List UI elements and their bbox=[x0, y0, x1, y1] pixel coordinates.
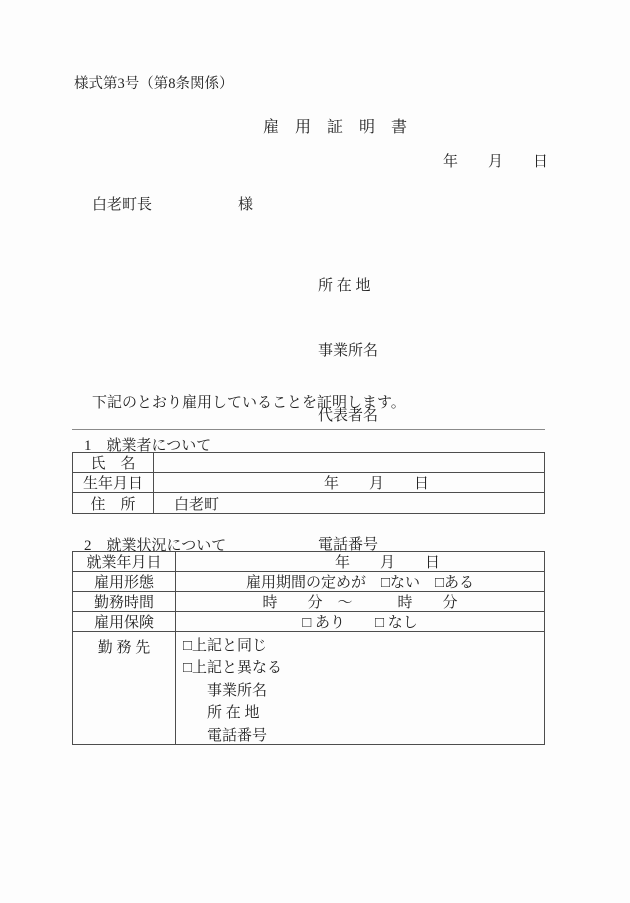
workplace-option-different-checkbox[interactable]: □上記と異なる bbox=[183, 657, 544, 679]
workplace-address-label[interactable]: 所 在 地 bbox=[183, 702, 544, 724]
workplace-row: 勤 務 先 □上記と同じ □上記と異なる 事業所名 所 在 地 電話番号 bbox=[73, 632, 544, 744]
workplace-label-cell: 勤 務 先 bbox=[73, 632, 176, 744]
date-line: 年 月 日 bbox=[443, 150, 548, 171]
work-hours-value-cell[interactable]: 時 分 ～ 時 分 bbox=[176, 592, 544, 611]
insurance-options-cell[interactable]: □ あり □ なし bbox=[176, 612, 544, 631]
form-number-label: 様式第3号（第8条関係） bbox=[74, 72, 234, 93]
birth-date-row: 生年月日 年 月 日 bbox=[73, 473, 544, 493]
workplace-options-cell: □上記と同じ □上記と異なる 事業所名 所 在 地 電話番号 bbox=[176, 632, 544, 744]
workplace-phone-label[interactable]: 電話番号 bbox=[183, 725, 544, 747]
addressee-honorific: 様 bbox=[238, 197, 253, 213]
birth-date-value-cell[interactable]: 年 月 日 bbox=[154, 473, 544, 492]
address-value-cell[interactable]: 白老町 bbox=[154, 493, 544, 513]
sender-office-name-label: 事業所名 bbox=[318, 341, 378, 363]
employment-date-label-cell: 就業年月日 bbox=[73, 552, 176, 571]
insurance-label-cell: 雇用保険 bbox=[73, 612, 176, 631]
section1-table: 氏 名 生年月日 年 月 日 住 所 白老町 bbox=[72, 452, 545, 514]
addressee-line: 白老町長様 bbox=[92, 193, 253, 214]
work-hours-row: 勤務時間 時 分 ～ 時 分 bbox=[73, 592, 544, 612]
name-value-cell[interactable] bbox=[154, 453, 544, 472]
address-row: 住 所 白老町 bbox=[73, 493, 544, 513]
section-divider-rule bbox=[72, 429, 545, 430]
employment-type-label-cell: 雇用形態 bbox=[73, 572, 176, 591]
name-row: 氏 名 bbox=[73, 453, 544, 473]
certification-statement: 下記のとおり雇用していることを証明します。 bbox=[92, 391, 406, 412]
document-page: 様式第3号（第8条関係） 雇 用 証 明 書 年 月 日 白老町長様 所 在 地… bbox=[0, 0, 630, 903]
name-label-cell: 氏 名 bbox=[73, 453, 154, 472]
employment-date-value-cell[interactable]: 年 月 日 bbox=[176, 552, 544, 571]
document-title: 雇 用 証 明 書 bbox=[263, 114, 407, 137]
insurance-row: 雇用保険 □ あり □ なし bbox=[73, 612, 544, 632]
address-label-cell: 住 所 bbox=[73, 493, 154, 513]
section2-table: 就業年月日 年 月 日 雇用形態 雇用期間の定めが □ない □ある 勤務時間 時… bbox=[72, 551, 545, 745]
work-hours-label-cell: 勤務時間 bbox=[73, 592, 176, 611]
addressee-name: 白老町長 bbox=[92, 197, 152, 213]
birth-date-label-cell: 生年月日 bbox=[73, 473, 154, 492]
workplace-office-name-label[interactable]: 事業所名 bbox=[183, 680, 544, 702]
sender-address-label: 所 在 地 bbox=[318, 276, 378, 298]
workplace-option-same-checkbox[interactable]: □上記と同じ bbox=[183, 635, 544, 657]
employment-type-options-cell[interactable]: 雇用期間の定めが □ない □ある bbox=[176, 572, 544, 591]
employment-type-row: 雇用形態 雇用期間の定めが □ない □ある bbox=[73, 572, 544, 592]
employment-date-row: 就業年月日 年 月 日 bbox=[73, 552, 544, 572]
